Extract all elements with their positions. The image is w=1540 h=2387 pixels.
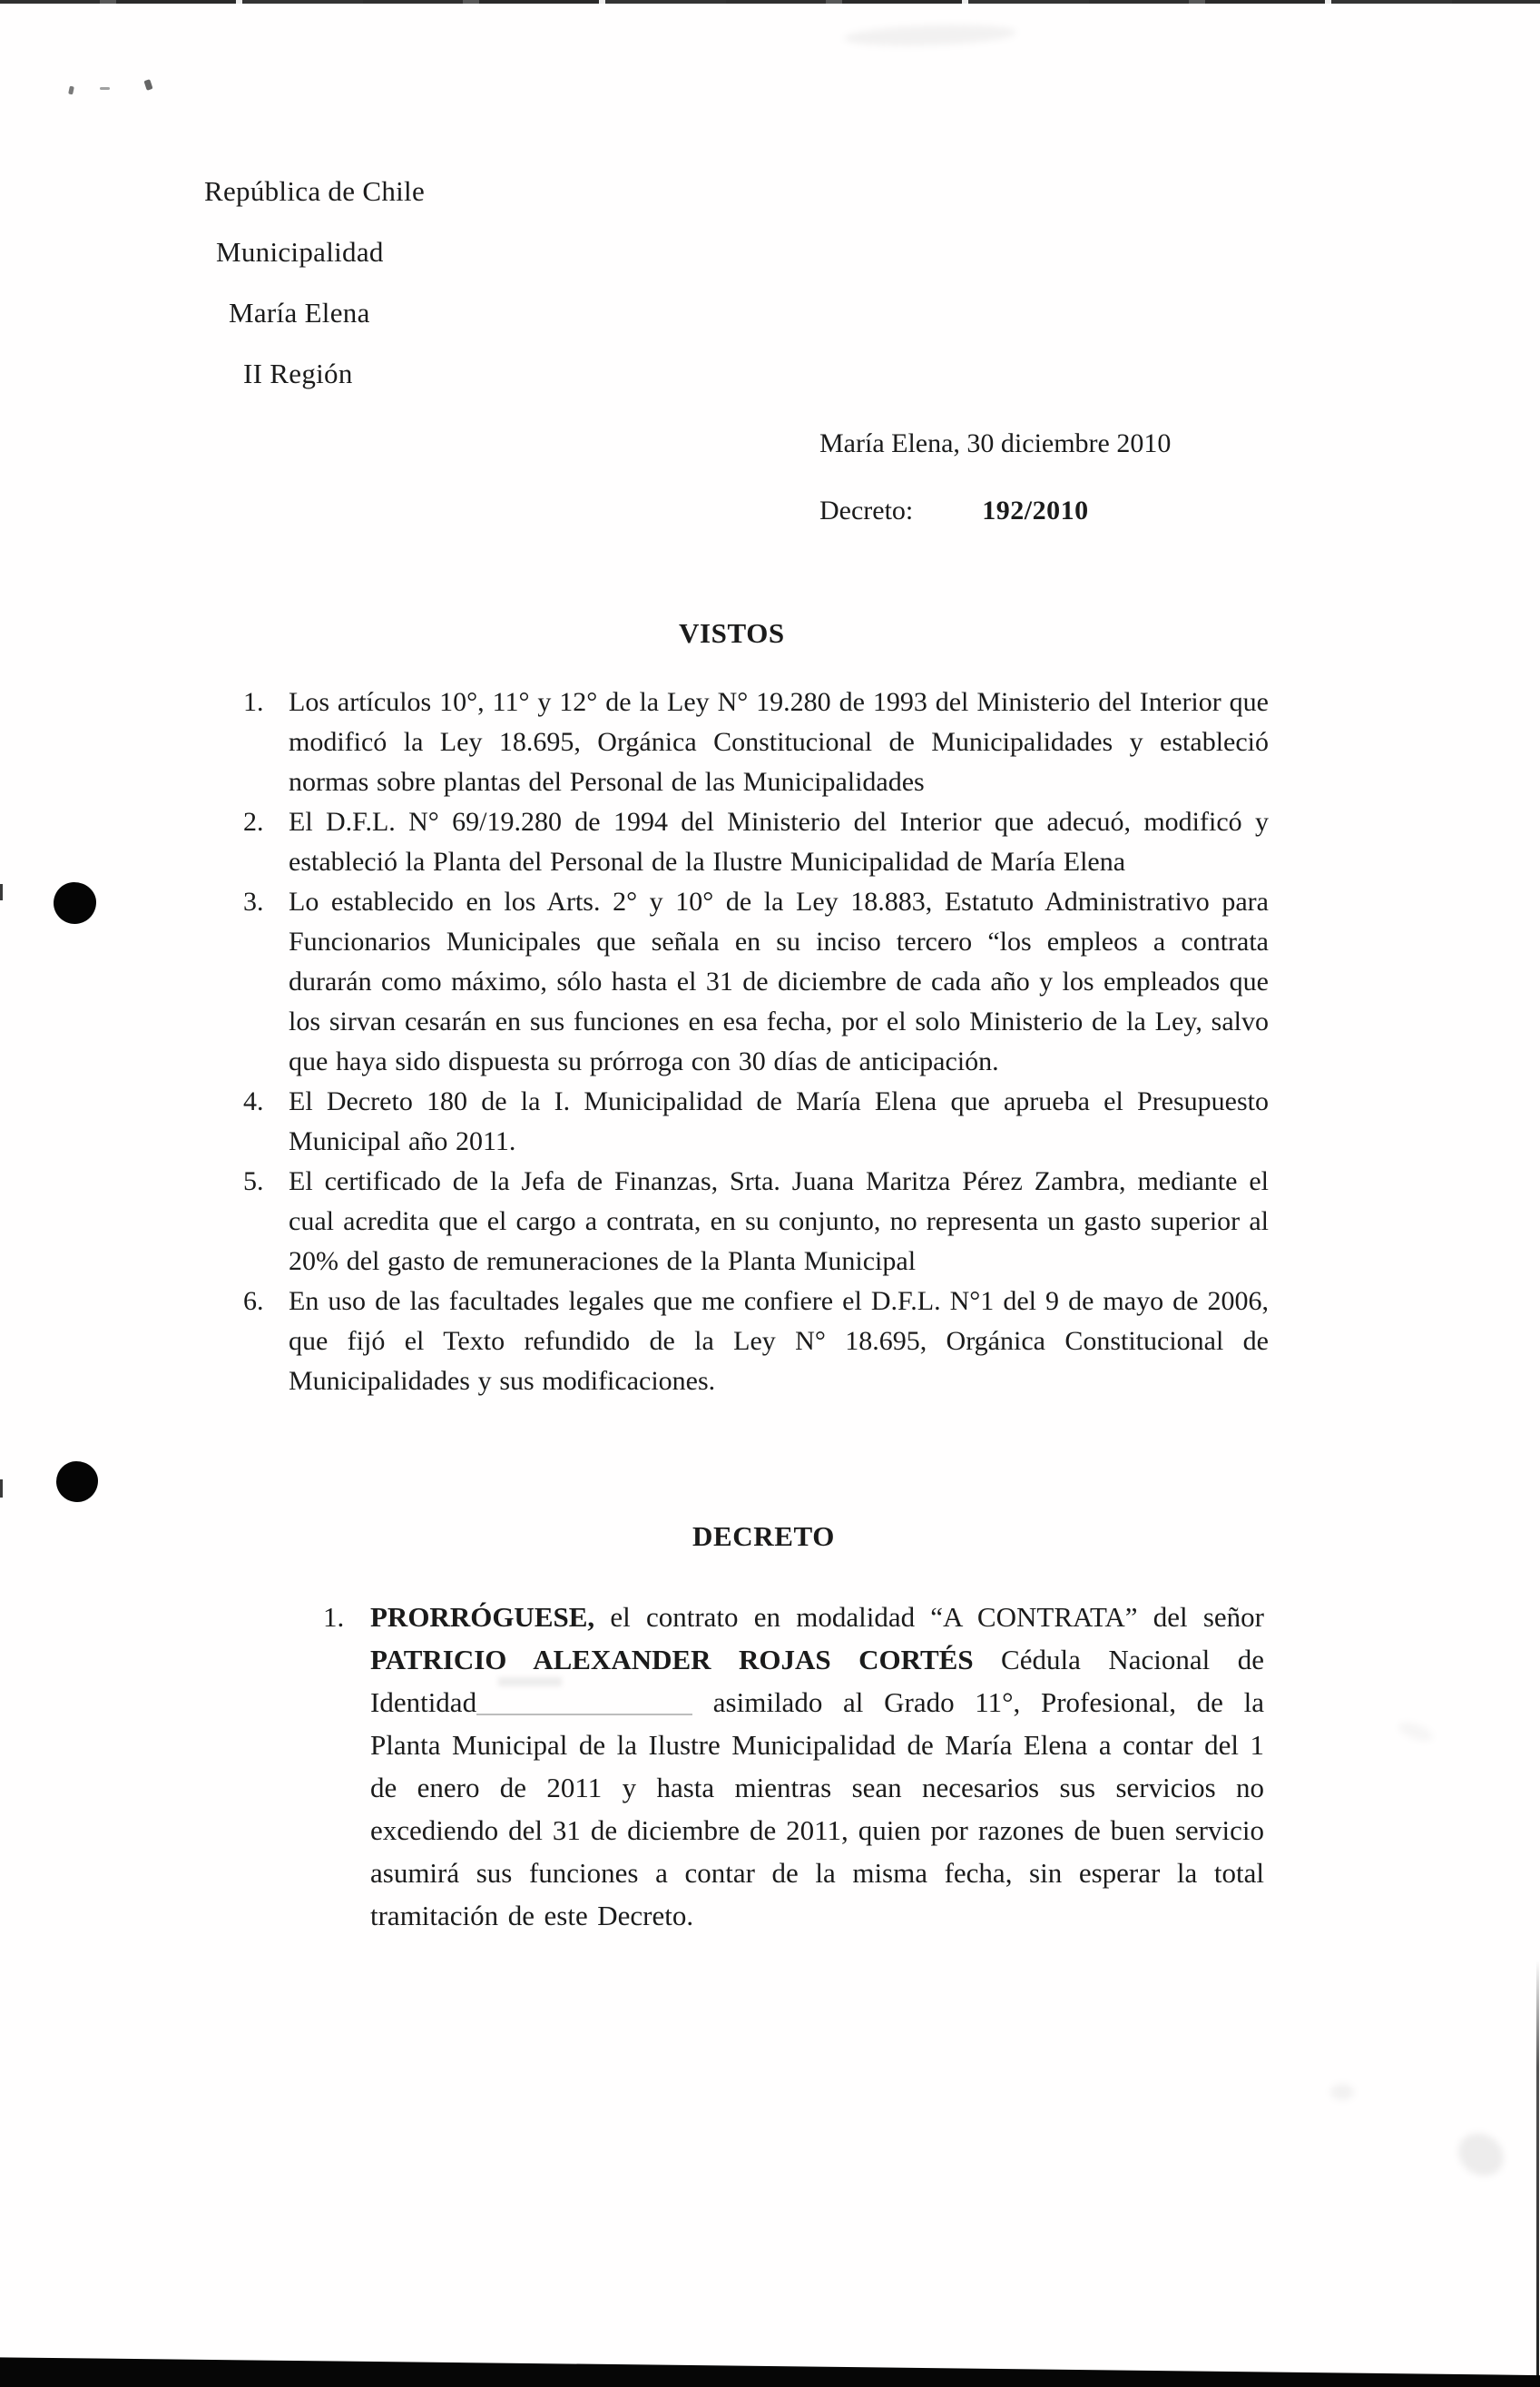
letterhead-municipality: Municipalidad: [216, 236, 384, 269]
scan-smudge: [1396, 1719, 1435, 1745]
scan-smudge: [1450, 2125, 1512, 2185]
scan-smudge: [844, 23, 1017, 49]
item-text: Los artículos 10°, 11° y 12° de la Ley N…: [289, 687, 1269, 797]
redacted-id-blank: [476, 1688, 692, 1715]
vistos-item-3: 3. Lo establecido en los Arts. 2° y 10° …: [289, 882, 1269, 1082]
vistos-heading: VISTOS: [679, 617, 785, 650]
item-number: 2.: [243, 802, 264, 842]
letterhead-country: República de Chile: [204, 175, 425, 208]
decreto-verb: PRORRÓGUESE,: [370, 1601, 594, 1633]
vistos-item-2: 2. El D.F.L. N° 69/19.280 de 1994 del Mi…: [289, 802, 1269, 882]
scan-edge-top-line: [0, 0, 1540, 4]
scan-speck: [68, 86, 74, 95]
item-text: Lo establecido en los Arts. 2° y 10° de …: [289, 887, 1269, 1076]
item-number: 1.: [323, 1596, 344, 1638]
scan-edge-bottom-wedge: [0, 2353, 1540, 2387]
item-text: En uso de las facultades legales que me …: [289, 1286, 1269, 1396]
decree-number-row: Decreto:192/2010: [819, 496, 1089, 526]
hole-punch-mark-bottom: [56, 1461, 98, 1502]
hole-punch-mark-top: [54, 882, 96, 924]
item-number: 1.: [243, 683, 264, 722]
item-number: 6.: [243, 1282, 264, 1321]
scan-smudge: [1330, 2084, 1354, 2100]
vistos-item-4: 4. El Decreto 180 de la I. Municipalidad…: [289, 1082, 1269, 1162]
decreto-item-1: 1. PRORRÓGUESE, el contrato en modalidad…: [370, 1596, 1264, 1937]
item-number: 4.: [243, 1082, 264, 1122]
dateline: María Elena, 30 diciembre 2010: [819, 428, 1171, 459]
vistos-item-1: 1. Los artículos 10°, 11° y 12° de la Le…: [289, 683, 1269, 802]
item-number: 5.: [243, 1162, 264, 1202]
scan-edge-right-line: [1536, 1960, 1539, 2387]
vistos-list: 1. Los artículos 10°, 11° y 12° de la Le…: [289, 683, 1269, 1401]
person-name: PATRICIO ALEXANDER ROJAS CORTÉS: [370, 1644, 974, 1675]
letterhead-region: II Región: [243, 358, 353, 390]
decreto-text: asimilado al Grado 11°, Profesional, de …: [370, 1686, 1264, 1931]
decree-label: Decreto:: [819, 496, 913, 526]
decreto-heading: DECRETO: [692, 1520, 835, 1553]
scan-speck: [100, 87, 110, 90]
item-text: El certificado de la Jefa de Finanzas, S…: [289, 1166, 1269, 1276]
scan-speck: [143, 79, 152, 91]
decreto-text: el contrato en modalidad “A CONTRATA” de…: [594, 1601, 1264, 1633]
item-number: 3.: [243, 882, 264, 922]
item-text: El Decreto 180 de la I. Municipalidad de…: [289, 1086, 1269, 1156]
vistos-item-6: 6. En uso de las facultades legales que …: [289, 1282, 1269, 1401]
decree-number: 192/2010: [982, 496, 1088, 526]
letterhead-city: María Elena: [229, 297, 370, 329]
vistos-item-5: 5. El certificado de la Jefa de Finanzas…: [289, 1162, 1269, 1282]
scan-edge-tick: [0, 884, 3, 900]
scan-edge-tick: [0, 1479, 3, 1498]
item-text: El D.F.L. N° 69/19.280 de 1994 del Minis…: [289, 807, 1269, 877]
scanned-document-page: República de Chile Municipalidad María E…: [0, 0, 1540, 2387]
